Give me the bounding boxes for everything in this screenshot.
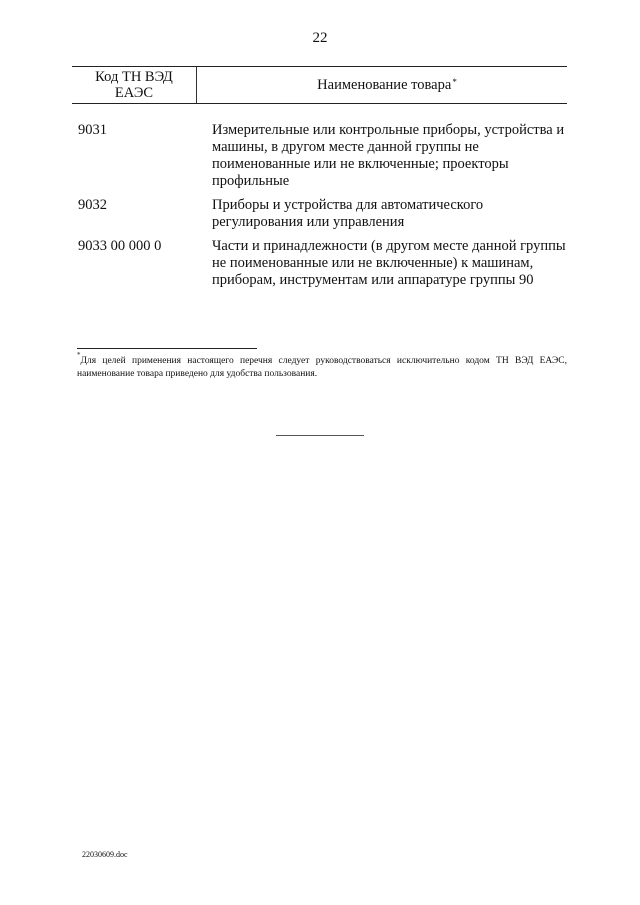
goods-table: Код ТН ВЭД ЕАЭС Наименование товара* 903…	[72, 66, 567, 104]
file-name: 22030609.doc	[82, 850, 128, 859]
row-name: Измерительные или контрольные приборы, у…	[212, 122, 567, 190]
row-name: Части и принадлежности (в другом месте д…	[212, 238, 567, 289]
row-code: 9033 00 000 0	[72, 238, 212, 289]
footnote-mark: *	[77, 351, 81, 359]
footnote-text: Для целей применения настоящего перечня …	[77, 356, 567, 379]
row-code: 9032	[72, 197, 212, 231]
header-code: Код ТН ВЭД ЕАЭС	[72, 67, 197, 103]
footnote-separator	[77, 348, 257, 349]
header-name-label: Наименование товара	[317, 77, 451, 94]
row-name: Приборы и устройства для автоматического…	[212, 197, 567, 231]
header-name: Наименование товара*	[197, 67, 567, 103]
table-row: 9032 Приборы и устройства для автоматиче…	[72, 197, 567, 231]
end-of-document-rule	[276, 435, 364, 436]
table-body: 9031 Измерительные или контрольные прибо…	[72, 122, 567, 296]
table-row: 9031 Измерительные или контрольные прибо…	[72, 122, 567, 190]
page-number: 22	[0, 30, 640, 47]
footnote-mark: *	[452, 77, 457, 87]
table-header: Код ТН ВЭД ЕАЭС Наименование товара*	[72, 66, 567, 104]
row-code: 9031	[72, 122, 212, 190]
table-row: 9033 00 000 0 Части и принадлежности (в …	[72, 238, 567, 289]
footnote: *Для целей применения настоящего перечня…	[77, 351, 567, 381]
